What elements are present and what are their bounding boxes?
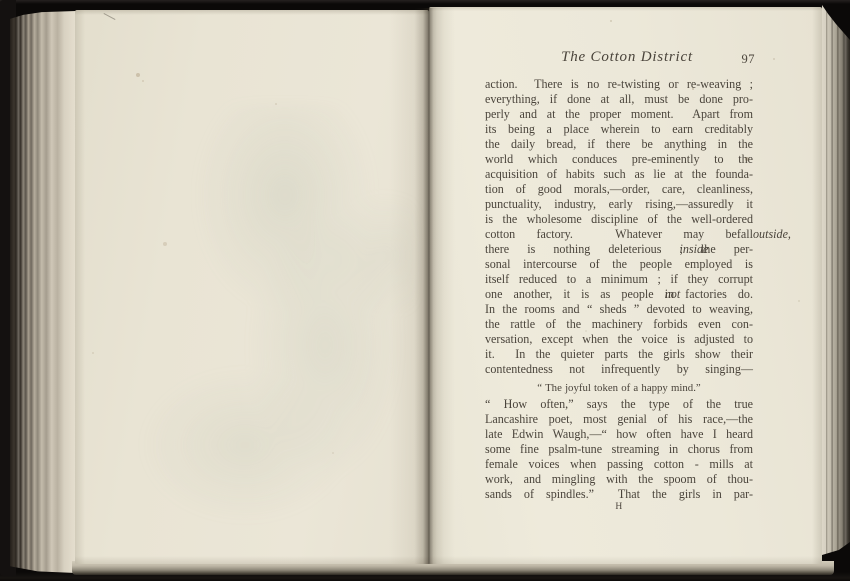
text-line: there is nothing deleterious inside ; th… (485, 242, 753, 257)
text-line: itself reduced to a minimum ; if they co… (485, 272, 753, 287)
text-line: “ How often,” says the type of the true (485, 397, 753, 412)
text-line: work, and mingling with the spoom of tho… (485, 472, 753, 487)
foxing-spots (0, 0, 2, 2)
text-line: one another, it is as people not in fact… (485, 287, 753, 302)
text-line: sands of spindles.” That the girls in pa… (485, 487, 753, 502)
paragraph-1: action. There is no re-twisting or re-we… (485, 77, 753, 377)
text-line: female voices when passing cotton - mill… (485, 457, 753, 472)
right-text-page: The Cotton District 97 action. There is … (429, 7, 822, 564)
text-line: sonal intercourse of the people employed… (485, 257, 753, 272)
text-line: everything, if done at all, must be done… (485, 92, 753, 107)
text-line: the daily bread, if there be anything in… (485, 137, 753, 152)
page-number: 97 (742, 52, 756, 67)
page-header: The Cotton District 97 (485, 49, 753, 69)
text-line: contentedness not infrequently by singin… (485, 362, 753, 377)
text-line: tion of good morals,—order, care, cleanl… (485, 182, 753, 197)
paragraph-2: “ How often,” says the type of the trueL… (485, 397, 753, 502)
corner-crease (104, 13, 116, 20)
ghost-image-showthrough (135, 105, 415, 550)
text-line: some fine psalm-tune streaming in chorus… (485, 442, 753, 457)
text-line: cotton factory. Whatever may befall outs… (485, 227, 753, 242)
left-blank-page (75, 10, 429, 564)
signature-mark: H (485, 502, 753, 514)
text-line: the rattle of the machinery forbids even… (485, 317, 753, 332)
book-scan-photo: The Cotton District 97 action. There is … (0, 0, 850, 581)
text-line: late Edwin Waugh,—“ how often have I hea… (485, 427, 753, 442)
text-line: it. In the quieter parts the girls show … (485, 347, 753, 362)
text-line: its being a place wherein to earn credit… (485, 122, 753, 137)
right-page-edges (822, 5, 850, 558)
text-line: Lancashire poet, most genial of his race… (485, 412, 753, 427)
gutter-shadow (414, 8, 444, 564)
text-line: perly and at the proper moment. Apart fr… (485, 107, 753, 122)
text-line: In the rooms and “ sheds ” devoted to we… (485, 302, 753, 317)
text-line: world which conduces pre-eminently to th… (485, 152, 753, 167)
text-line: acquisition of habits such as lie at the… (485, 167, 753, 182)
text-line: versation, except when the voice is adju… (485, 332, 753, 347)
text-line: action. There is no re-twisting or re-we… (485, 77, 753, 92)
verse-quote: “ The joyful token of a happy mind.” (485, 377, 753, 397)
text-line: punctuality, industry, early rising,—ass… (485, 197, 753, 212)
running-title: The Cotton District (493, 49, 761, 66)
left-page-edges (10, 11, 76, 573)
body-text: action. There is no re-twisting or re-we… (485, 77, 753, 514)
text-line: is the wholesome discipline of the well-… (485, 212, 753, 227)
